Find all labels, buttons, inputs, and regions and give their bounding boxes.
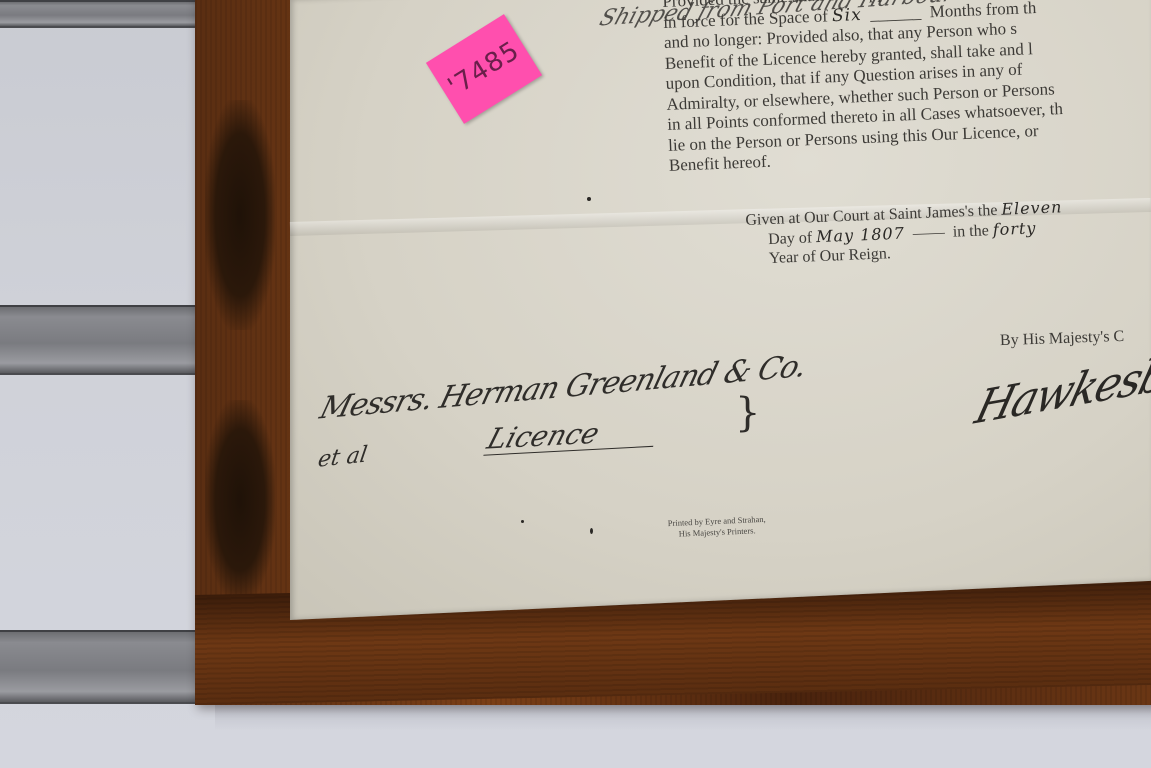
blank-line: ——: [909, 224, 950, 243]
ink-spot: [521, 520, 524, 523]
frame-dark-knot: [205, 400, 275, 600]
price-tag-label: '7485: [443, 36, 525, 103]
printer-imprint: Printed by Eyre and Strahan, His Majesty…: [668, 514, 767, 540]
printed-licence-text: Provided the same shall be shipped as af…: [662, 0, 1151, 176]
handwritten-duration: Six: [832, 5, 862, 26]
handwritten-date: May 1807: [816, 224, 905, 247]
ink-spot: [590, 528, 593, 534]
handwritten-day: Eleven: [1001, 197, 1063, 218]
ink-spot: [587, 197, 591, 201]
frame-dark-knot: [205, 100, 275, 330]
handwritten-regnal-year: forty: [992, 218, 1036, 239]
slatwall-rail-bottom: [0, 630, 205, 704]
slatwall-rail-top: [0, 0, 200, 28]
given-text: in the: [952, 222, 989, 240]
given-text: Day of: [768, 229, 813, 248]
blank-line: ______: [866, 2, 926, 23]
slatwall-rail-middle: [0, 305, 200, 375]
printed-fragment: Months from th: [929, 0, 1036, 21]
handwritten-bracket: }: [735, 390, 760, 436]
